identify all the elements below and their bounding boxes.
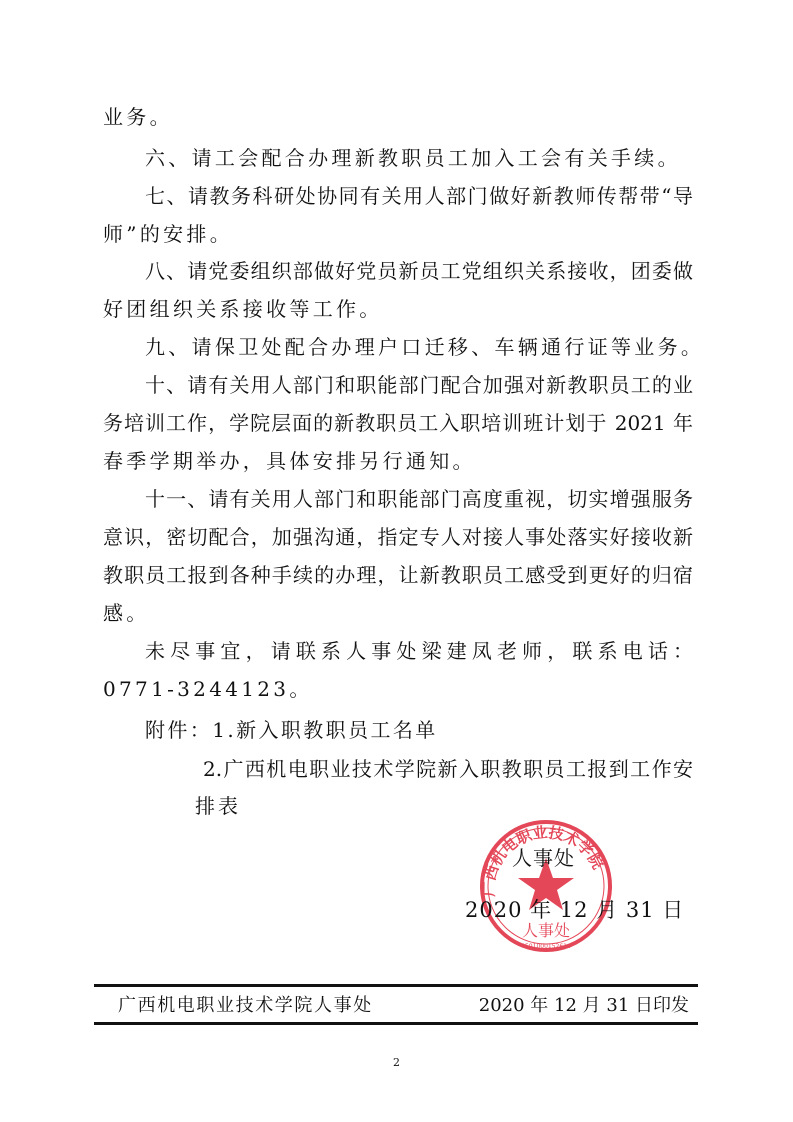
signature-date: 2020 年 12 月 31 日 [465, 898, 684, 922]
paragraph-line: 八、请党委组织部做好党员新员工党组织关系接收，团委做 [145, 259, 693, 283]
svg-text:4501000152614: 4501000152614 [521, 943, 571, 950]
paragraph-line: 意识，密切配合，加强沟通，指定专人对接人事处落实好接收新 [103, 525, 693, 549]
paragraph-line: 0771-3244123。 [103, 677, 693, 701]
paragraph-line: 师”的安排。 [103, 222, 693, 246]
attachment-label: 附件： [145, 718, 212, 742]
svg-text:人事处: 人事处 [522, 921, 570, 940]
paragraph-line: 业务。 [103, 105, 693, 129]
paragraph-line: 六、请工会配合办理新教职员工加入工会有关手续。 [145, 146, 693, 170]
paragraph-line: 十一、请有关用人部门和职能部门高度重视，切实增强服务 [145, 487, 693, 511]
paragraph-line: 感。 [103, 601, 693, 625]
attachment-item-1: 附件：1.新入职教职员工名单 [145, 718, 438, 742]
paragraph-line: 务培训工作，学院层面的新教职员工入职培训班计划于 2021 年 [103, 411, 693, 435]
footer-bottom-rule [94, 1022, 698, 1025]
official-seal-stamp: 广西机电职业技术学院 人事处 4501000152614 [470, 818, 622, 954]
page-number: 2 [0, 1056, 793, 1069]
paragraph-line: 好团组织关系接收等工作。 [103, 297, 693, 321]
paragraph-line: 九、请保卫处配合办理户口迁移、车辆通行证等业务。 [145, 335, 693, 359]
paragraph-line: 未尽事宜，请联系人事处梁建凤老师，联系电话： [145, 639, 693, 663]
footer-top-rule [94, 984, 698, 987]
attachment-1-text: 1.新入职教职员工名单 [212, 718, 437, 742]
paragraph-line: 十、请有关用人部门和职能部门配合加强对新教职员工的业 [145, 373, 693, 397]
paragraph-line: 教职员工报到各种手续的办理，让新教职员工感受到更好的归宿 [103, 563, 693, 587]
attachment-item-2-line-2: 排表 [195, 794, 241, 818]
signature-department: 人事处 [512, 846, 575, 870]
attachment-item-2-line-1: 2.广西机电职业技术学院新入职教职员工报到工作安 [203, 757, 693, 781]
footer-issue-date: 2020 年 12 月 31 日印发 [479, 995, 689, 1017]
paragraph-line: 春季学期举办，具体安排另行通知。 [103, 449, 693, 473]
footer-issuer: 广西机电职业技术学院人事处 [118, 995, 373, 1017]
paragraph-line: 七、请教务科研处协同有关用人部门做好新教师传帮带“导 [145, 184, 693, 208]
